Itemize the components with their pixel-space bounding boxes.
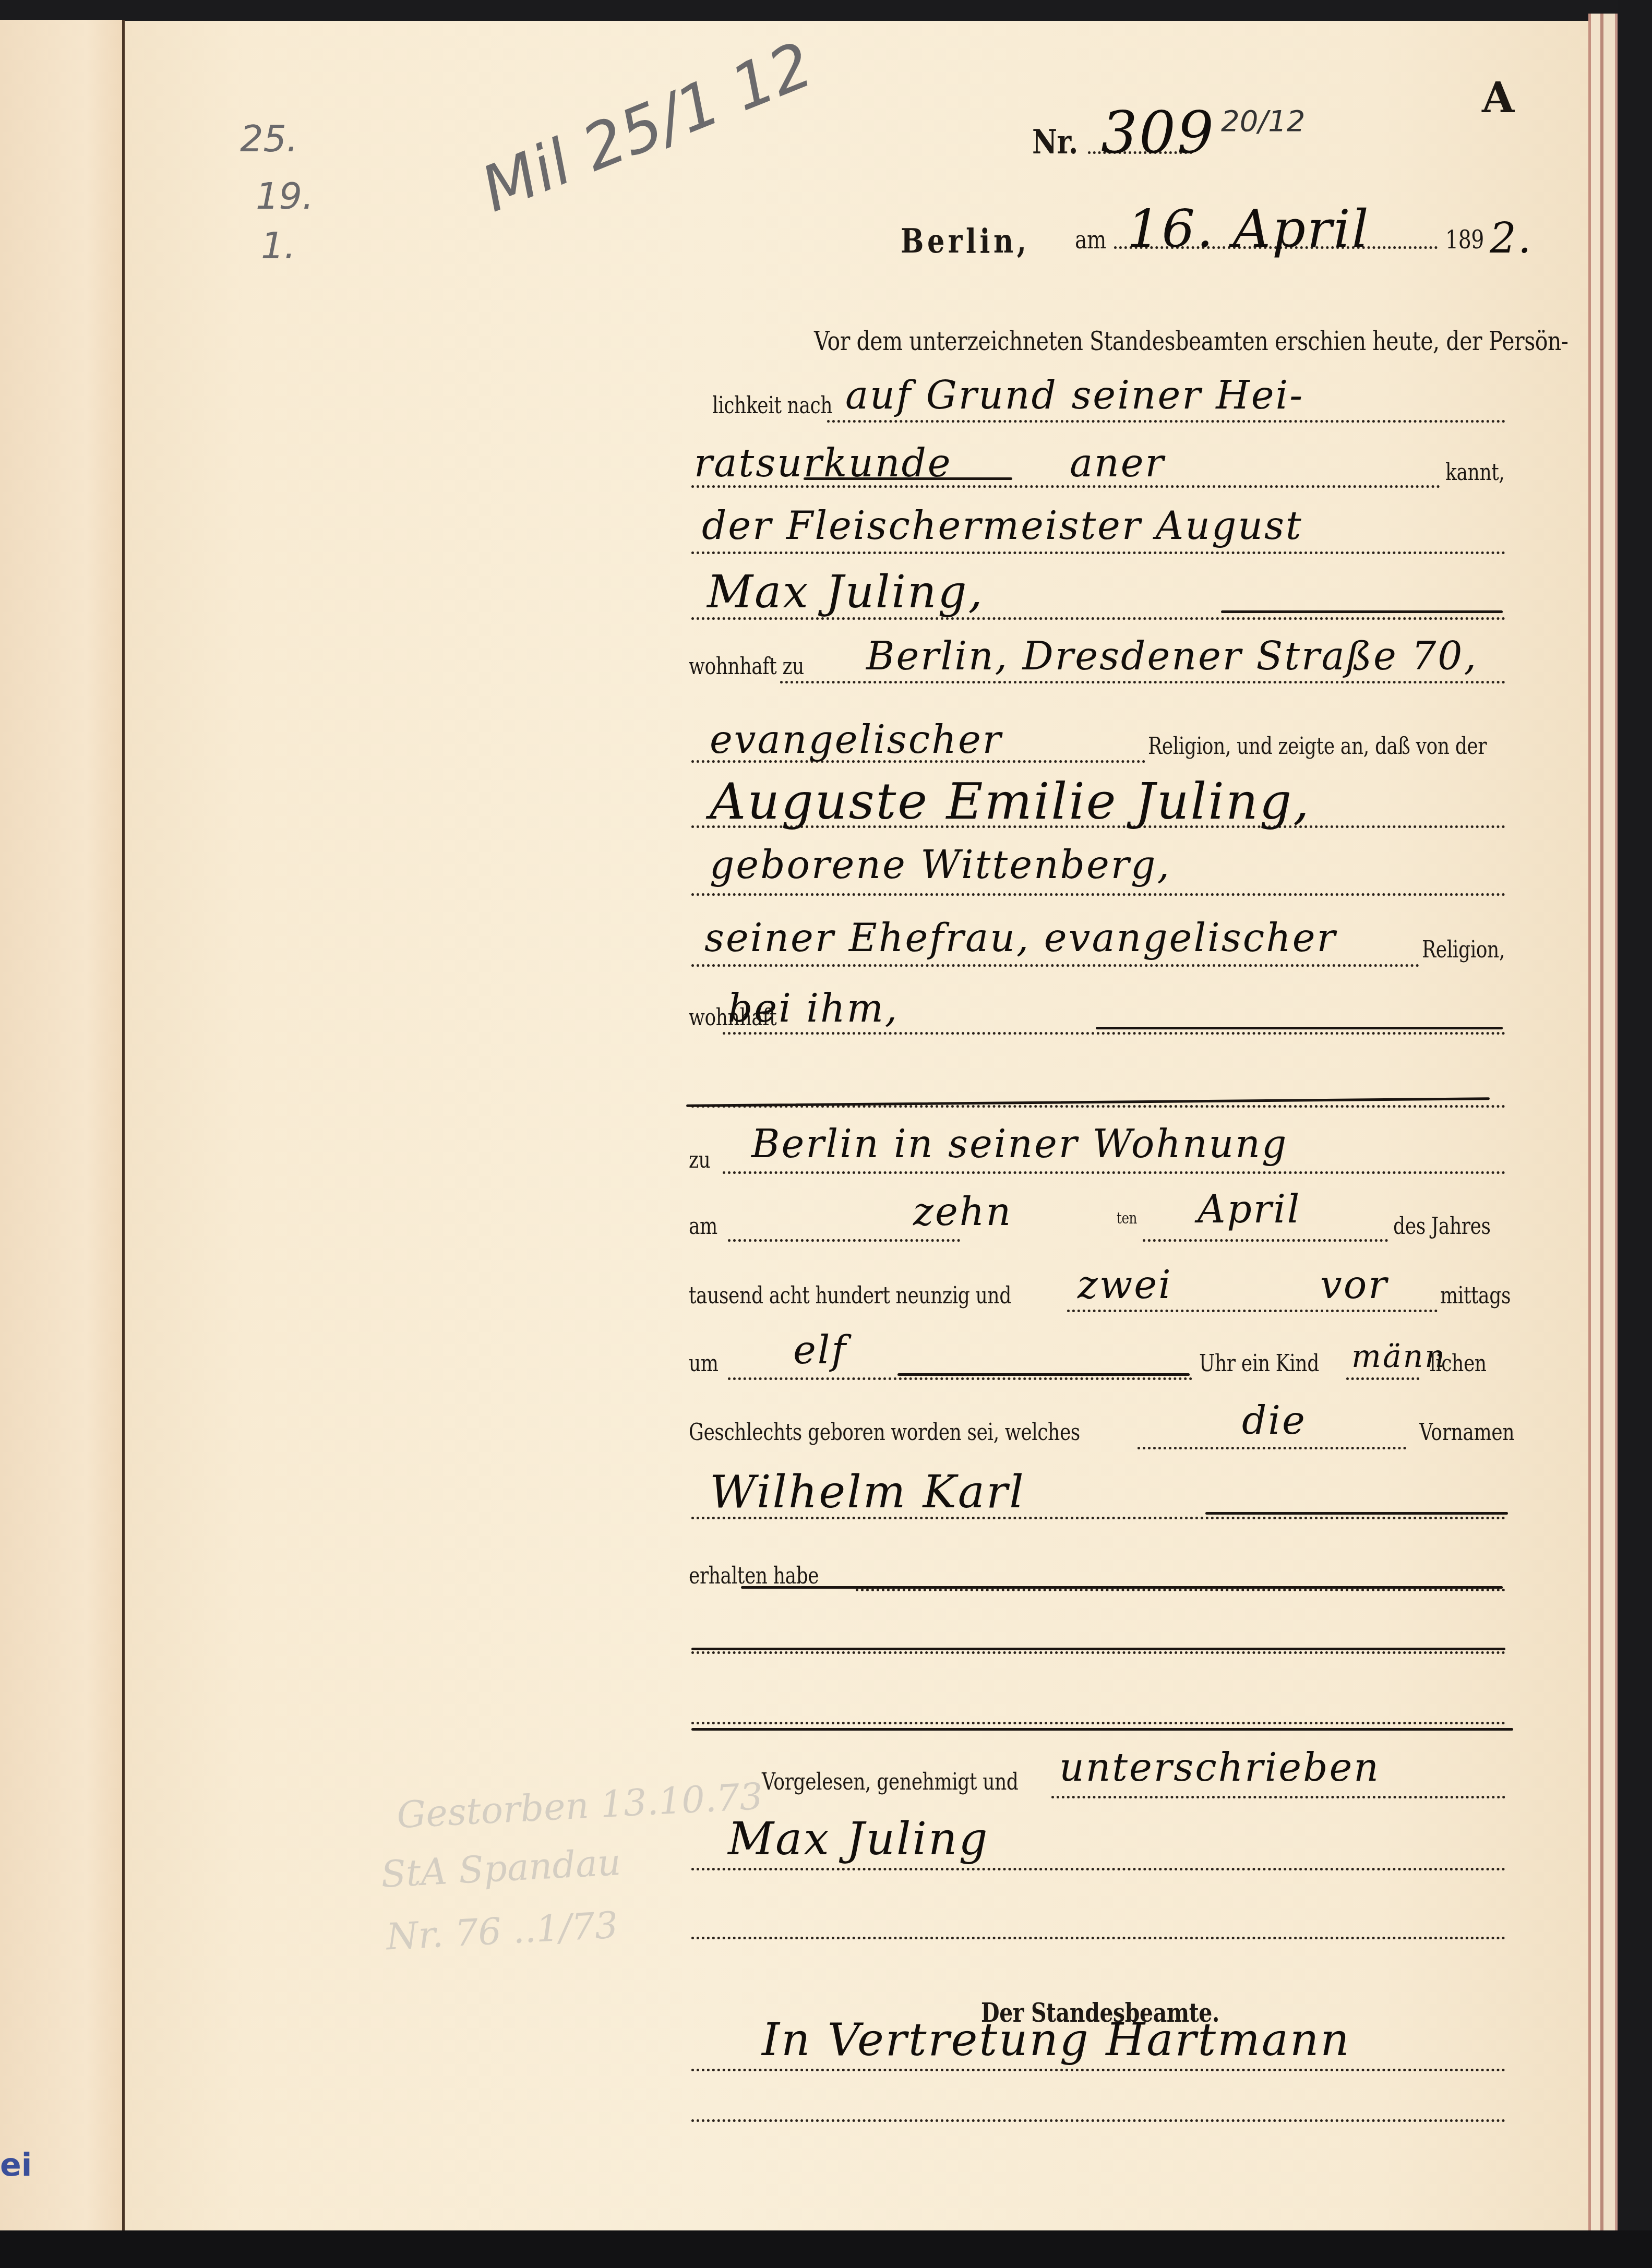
dotted-line xyxy=(691,1651,1505,1654)
mother-name: Auguste Emilie Juling, xyxy=(710,772,1311,831)
scanner-background-right xyxy=(1618,0,1652,2268)
informant-line-2: Max Juling, xyxy=(707,566,984,618)
dotted-line xyxy=(691,1937,1505,1939)
margin-number: 1. xyxy=(261,224,296,267)
dotted-line xyxy=(1067,1310,1438,1312)
dotted-line xyxy=(827,420,1505,423)
label-time-suffix: Uhr ein Kind xyxy=(1199,1350,1319,1377)
dotted-line xyxy=(723,1032,1505,1035)
label-birth-day: am xyxy=(689,1213,717,1240)
label-year-words: tausend acht hundert neunzig und xyxy=(689,1282,1011,1309)
value-birth-month: April xyxy=(1198,1187,1301,1232)
signature-line xyxy=(691,1868,1505,1870)
date-prefix: am xyxy=(1075,225,1106,255)
signature-line xyxy=(691,2069,1505,2071)
label-residence: wohnhaft zu xyxy=(689,653,804,680)
label-religion-shows: Religion, und zeigte an, daß von der xyxy=(1148,733,1487,760)
margin-number: 25. xyxy=(240,117,298,160)
dotted-line xyxy=(856,1589,1505,1591)
fill-stroke xyxy=(804,477,1012,480)
number-annotation: 20/12 xyxy=(1221,104,1305,138)
dotted-line xyxy=(691,551,1505,554)
value-residence: Berlin, Dresdener Straße 70, xyxy=(866,634,1478,679)
registrar-signature: In Vertretung Hartmann xyxy=(762,2014,1351,2066)
mother-maiden-name: geborene Wittenberg, xyxy=(710,843,1171,887)
number-label: Nr. xyxy=(1032,123,1078,162)
label-birth-place: zu xyxy=(689,1147,710,1173)
fill-stroke xyxy=(1096,1027,1503,1029)
value-article: die xyxy=(1242,1398,1307,1443)
margin-number: 19. xyxy=(256,175,314,218)
dotted-line xyxy=(691,2119,1505,2122)
year-prefix: 189 xyxy=(1445,225,1484,255)
entry-number: 309 xyxy=(1101,99,1215,166)
value-year-words: zwei xyxy=(1078,1263,1172,1307)
scanner-background-bottom xyxy=(0,2230,1652,2268)
label-year: des Jahres xyxy=(1393,1213,1491,1240)
label-approval: Vorgelesen, genehmigt und xyxy=(762,1769,1019,1795)
mother-relation-religion: seiner Ehefrau, evangelischer xyxy=(704,916,1337,961)
fill-stroke xyxy=(741,1586,1503,1589)
informant-line-1: der Fleischermeister August xyxy=(702,503,1303,548)
dotted-line xyxy=(691,893,1505,896)
child-names: Wilhelm Karl xyxy=(710,1466,1025,1518)
stamp-fragment: ei xyxy=(0,2147,32,2183)
informant-signature: Max Juling xyxy=(728,1813,989,1865)
dotted-line xyxy=(1051,1796,1505,1798)
label-sex-suffix: lichen xyxy=(1430,1350,1487,1377)
page-edge xyxy=(1615,14,1618,2231)
label-sex-line: Geschlechts geboren worden sei, welches xyxy=(689,1419,1080,1446)
left-page xyxy=(0,20,123,2232)
label-meridiem: mittags xyxy=(1440,1282,1511,1309)
value-religion: evangelischer xyxy=(710,717,1002,762)
value-mother-residence: bei ihm, xyxy=(728,986,899,1031)
label-ordinal: ten xyxy=(1117,1209,1137,1228)
value-birth-day: zehn xyxy=(913,1190,1012,1234)
dotted-line xyxy=(691,964,1419,967)
label-received: erhalten habe xyxy=(689,1563,819,1589)
scanner-background-top xyxy=(0,0,1652,22)
fill-stroke xyxy=(897,1373,1190,1376)
intro-text: Vor dem unterzeichneten Standesbeamten e… xyxy=(814,326,1569,356)
label-names: Vornamen xyxy=(1419,1419,1514,1446)
dotted-line xyxy=(723,1171,1505,1174)
place-label: Berlin, xyxy=(901,222,1030,261)
label-kannt: kannt, xyxy=(1445,459,1504,486)
dotted-line xyxy=(1346,1377,1419,1380)
dotted-line xyxy=(780,681,1505,683)
label-religion: Religion, xyxy=(1422,937,1505,963)
fill-stroke xyxy=(1205,1512,1508,1515)
dotted-line xyxy=(728,1239,960,1242)
value-approval: unterschrieben xyxy=(1059,1745,1380,1790)
page-edge xyxy=(1591,14,1600,2231)
label-time: um xyxy=(689,1350,719,1377)
registration-date: 16. April xyxy=(1127,198,1370,259)
fill-stroke xyxy=(1221,610,1503,613)
dotted-line xyxy=(1143,1239,1388,1242)
label-lichkeit: lichkeit nach xyxy=(712,392,832,419)
value-lichkeit: auf Grund seiner Hei- xyxy=(845,373,1304,418)
value-birth-place: Berlin in seiner Wohnung xyxy=(751,1122,1288,1167)
dotted-line xyxy=(728,1377,1192,1380)
page-edge xyxy=(1603,14,1615,2231)
dotted-line xyxy=(691,1722,1505,1724)
value-kannt-2: aner xyxy=(1070,441,1165,486)
value-time: elf xyxy=(793,1328,847,1373)
fill-stroke xyxy=(691,1728,1513,1731)
value-meridiem: vor xyxy=(1320,1263,1388,1307)
year-suffix: 2. xyxy=(1490,214,1533,262)
dotted-line xyxy=(1138,1447,1406,1449)
fill-stroke xyxy=(691,1648,1505,1650)
form-letter: A xyxy=(1482,73,1514,122)
